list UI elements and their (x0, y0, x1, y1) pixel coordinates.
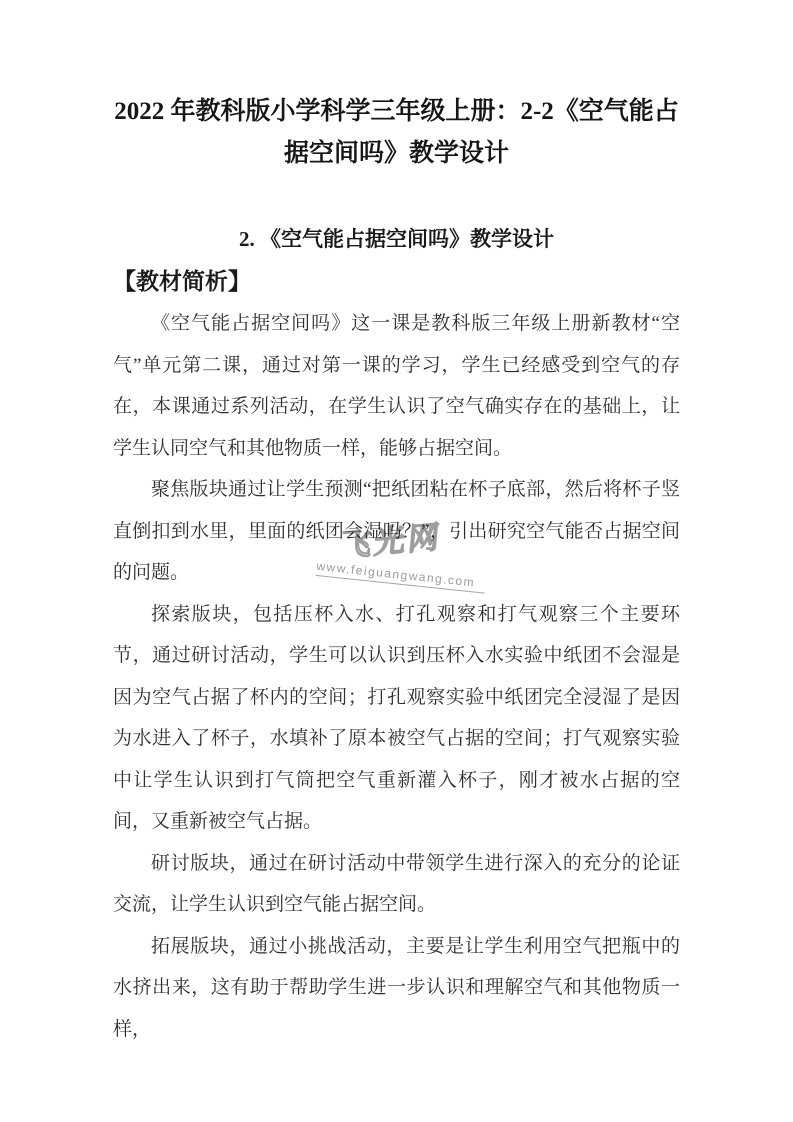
lesson-subtitle: 2. 《空气能占据空间吗》教学设计 (113, 223, 680, 256)
paragraph-discussion-block: 研讨版块，通过在研讨活动中带领学生进行深入的充分的论证交流，让学生认识到空气能占… (113, 843, 680, 926)
section-heading-textbook-analysis: 【教材简析】 (113, 263, 680, 300)
paragraph-lesson-overview: 《空气能占据空间吗》这一课是教科版三年级上册新教材“空气”单元第二课，通过对第一… (113, 303, 680, 469)
document-page: 飞光网 www.feiguangwang.com 2022 年教科版小学科学三年… (0, 0, 793, 1122)
document-title: 2022 年教科版小学科学三年级上册：2-2《空气能占 据空间吗》教学设计 (113, 91, 680, 175)
paragraph-explore-block: 探索版块，包括压杯入水、打孔观察和打气观察三个主要环节，通过研讨活动，学生可以认… (113, 594, 680, 843)
document-title-line1: 2022 年教科版小学科学三年级上册：2-2《空气能占 (113, 91, 680, 133)
paragraph-focus-block: 聚焦版块通过让学生预测“把纸团粘在杯子底部，然后将杯子竖直倒扣到水里，里面的纸团… (113, 469, 680, 594)
document-title-line2: 据空间吗》教学设计 (113, 133, 680, 175)
document-content: 2022 年教科版小学科学三年级上册：2-2《空气能占 据空间吗》教学设计 2.… (0, 0, 793, 1050)
section-body: 《空气能占据空间吗》这一课是教科版三年级上册新教材“空气”单元第二课，通过对第一… (113, 303, 680, 1050)
paragraph-extension-block: 拓展版块，通过小挑战活动，主要是让学生利用空气把瓶中的水挤出来，这有助于帮助学生… (113, 926, 680, 1051)
